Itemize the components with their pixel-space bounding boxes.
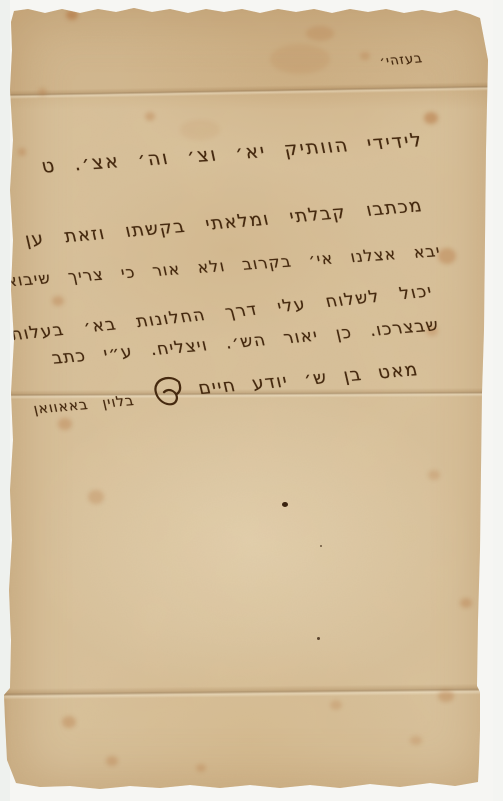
fox-stain bbox=[88, 490, 104, 504]
signature-flourish-icon bbox=[143, 375, 193, 422]
handwriting-line: מכתבו קבלתי ומלאתי בקשתו וזאת ען bbox=[23, 196, 425, 251]
fox-stain bbox=[62, 716, 76, 728]
ink-speck bbox=[320, 545, 322, 547]
signature-place: בלוין באאוואן bbox=[32, 393, 136, 418]
fox-stain bbox=[106, 756, 118, 766]
fox-stain bbox=[18, 148, 26, 156]
ink-speck bbox=[317, 637, 320, 640]
handwriting-line: יבא אצלנו אי׳ בקרוב ולא אור כי צריך שיבו… bbox=[4, 242, 443, 291]
fold-crease-bottom bbox=[4, 683, 495, 699]
fox-stain bbox=[410, 736, 422, 745]
letter-paper: בעזהי׳ לידידי הוותיק יא׳ וצ׳ וה׳ אצ׳. ט … bbox=[0, 0, 503, 801]
scanner-bed-left bbox=[0, 0, 10, 801]
fox-stain bbox=[196, 764, 206, 772]
fox-stain bbox=[306, 26, 334, 41]
fox-stain bbox=[52, 296, 64, 306]
scanned-letter: בעזהי׳ לידידי הוותיק יא׳ וצ׳ וה׳ אצ׳. ט … bbox=[0, 0, 503, 801]
fox-stain bbox=[424, 112, 438, 124]
fox-stain bbox=[460, 598, 472, 608]
fox-stain bbox=[438, 690, 454, 702]
fox-stain bbox=[180, 120, 220, 140]
fox-stain bbox=[145, 112, 155, 121]
fox-stain bbox=[428, 470, 440, 480]
fold-crease-top bbox=[4, 82, 495, 100]
fox-stain bbox=[66, 10, 78, 20]
ink-blot bbox=[282, 502, 288, 507]
scanner-bed-right bbox=[493, 0, 503, 801]
handwriting-header: בעזהי׳ bbox=[378, 52, 424, 70]
fox-stain bbox=[38, 88, 47, 96]
fox-stain bbox=[330, 700, 342, 710]
signature-name: מאט בן ש׳ יודע חיים bbox=[197, 360, 422, 400]
fox-stain bbox=[270, 44, 330, 74]
handwriting-greeting: לידידי הוותיק יא׳ וצ׳ וה׳ אצ׳. ט bbox=[39, 130, 425, 178]
fox-stain bbox=[360, 52, 370, 60]
